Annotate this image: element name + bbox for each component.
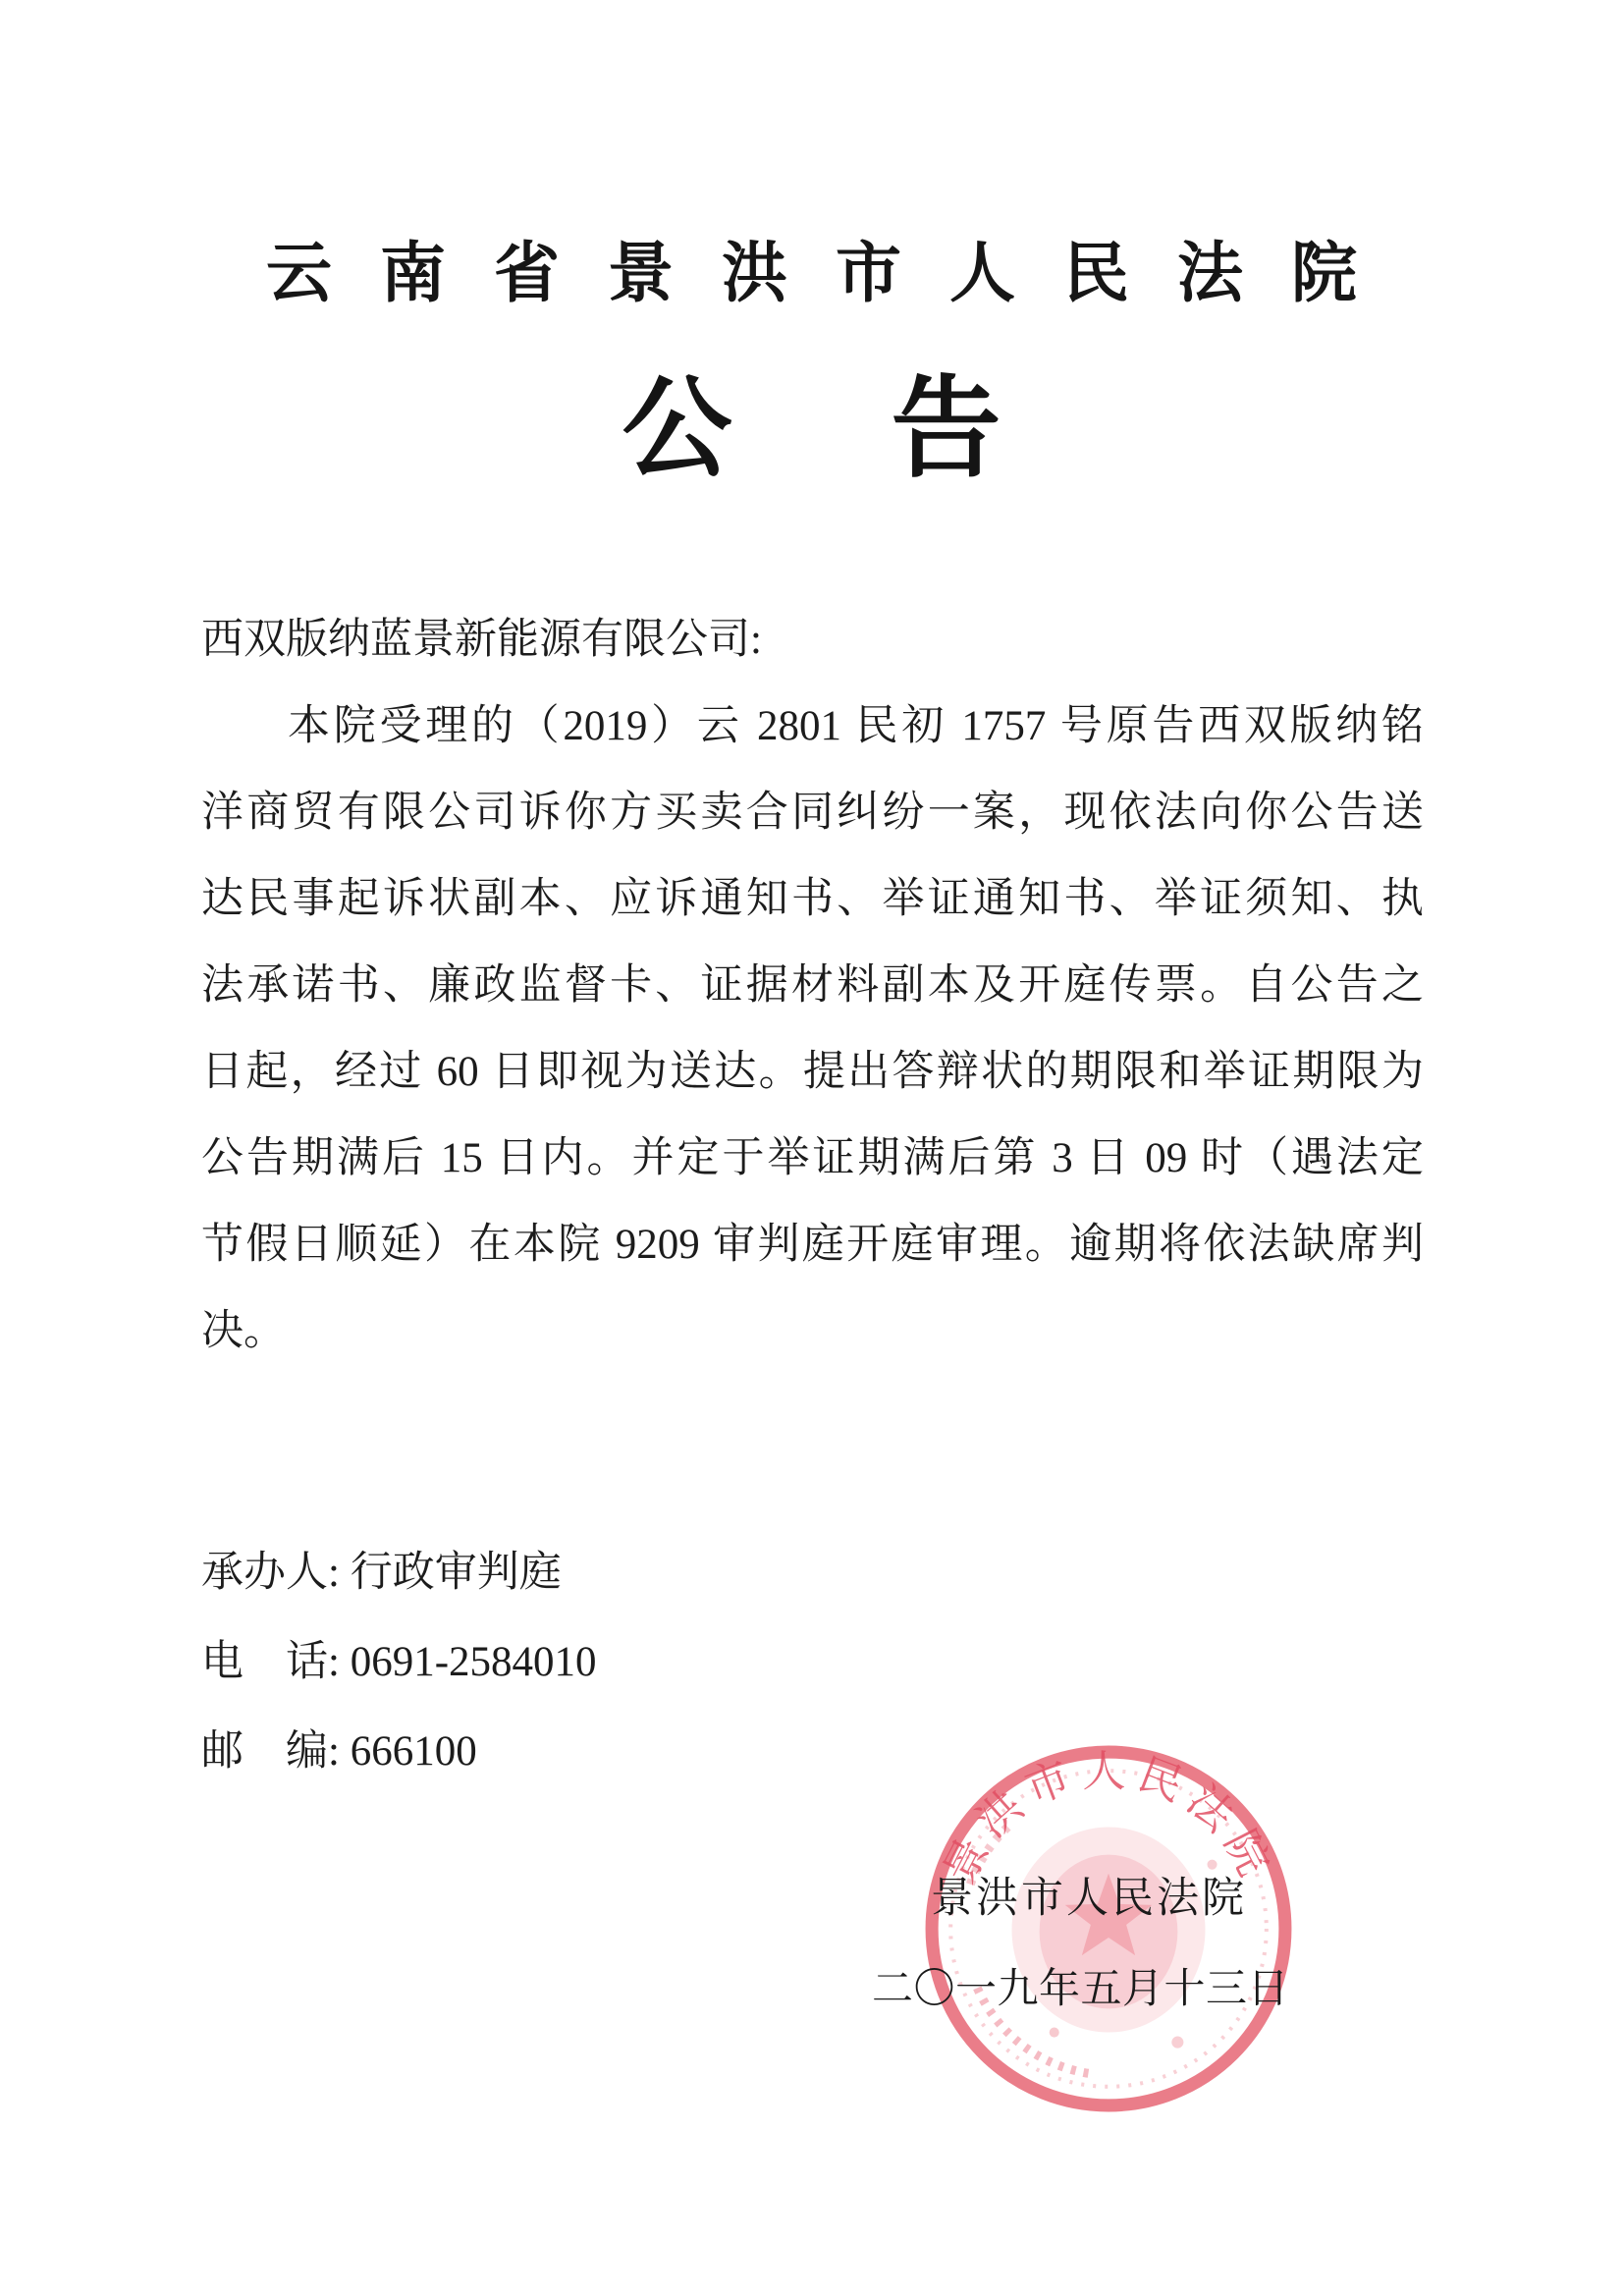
paragraph-line: 本院受理的（2019）云 2801 民初 1757 号原告西双版纳铭 [201,683,1424,770]
recipient-line: 西双版纳蓝景新能源有限公司: [201,597,1424,683]
contact-handler: 承办人: 行政审判庭 [201,1528,597,1617]
announcement-page: 云南省景洪市人民法院 公告 西双版纳蓝景新能源有限公司: 本院受理的（2019）… [0,0,1623,2296]
seal-speckle [1208,1860,1217,1870]
paragraph-line: 法承诺书、廉政监督卡、证据材料副本及开庭传票。自公告之 [201,943,1424,1029]
signature-court-name: 景洪市人民法院 [931,1870,1247,1929]
contact-phone: 电 话: 0691-2584010 [201,1617,597,1707]
body-paragraph: 西双版纳蓝景新能源有限公司: 本院受理的（2019）云 2801 民初 1757… [201,597,1424,1375]
official-seal: 景洪市人民法院 [916,1733,1301,2124]
paragraph-line: 公告期满后 15 日内。并定于举证期满后第 3 日 09 时（遇法定 [201,1116,1424,1202]
paragraph-line: 日起，经过 60 日即视为送达。提出答辩状的期限和举证期限为 [201,1029,1424,1116]
seal-speckle [1171,2037,1183,2049]
seal-speckle [1050,2028,1059,2038]
paragraph-line: 决。 [201,1288,1424,1375]
announcement-heading: 公告 [0,361,1623,499]
court-title: 云南省景洪市人民法院 [0,221,1623,315]
contact-block: 承办人: 行政审判庭 电 话: 0691-2584010 邮 编: 666100 [201,1528,597,1796]
paragraph-line: 节假日顺延）在本院 9209 审判庭开庭审理。逾期将依法缺席判 [201,1202,1424,1288]
contact-postal: 邮 编: 666100 [201,1707,597,1796]
signature-date: 二〇一九年五月十三日 [872,1960,1289,2019]
paragraph-line: 洋商贸有限公司诉你方买卖合同纠纷一案，现依法向你公告送 [201,770,1424,856]
paragraph-line: 达民事起诉状副本、应诉通知书、举证通知书、举证须知、执 [201,856,1424,943]
